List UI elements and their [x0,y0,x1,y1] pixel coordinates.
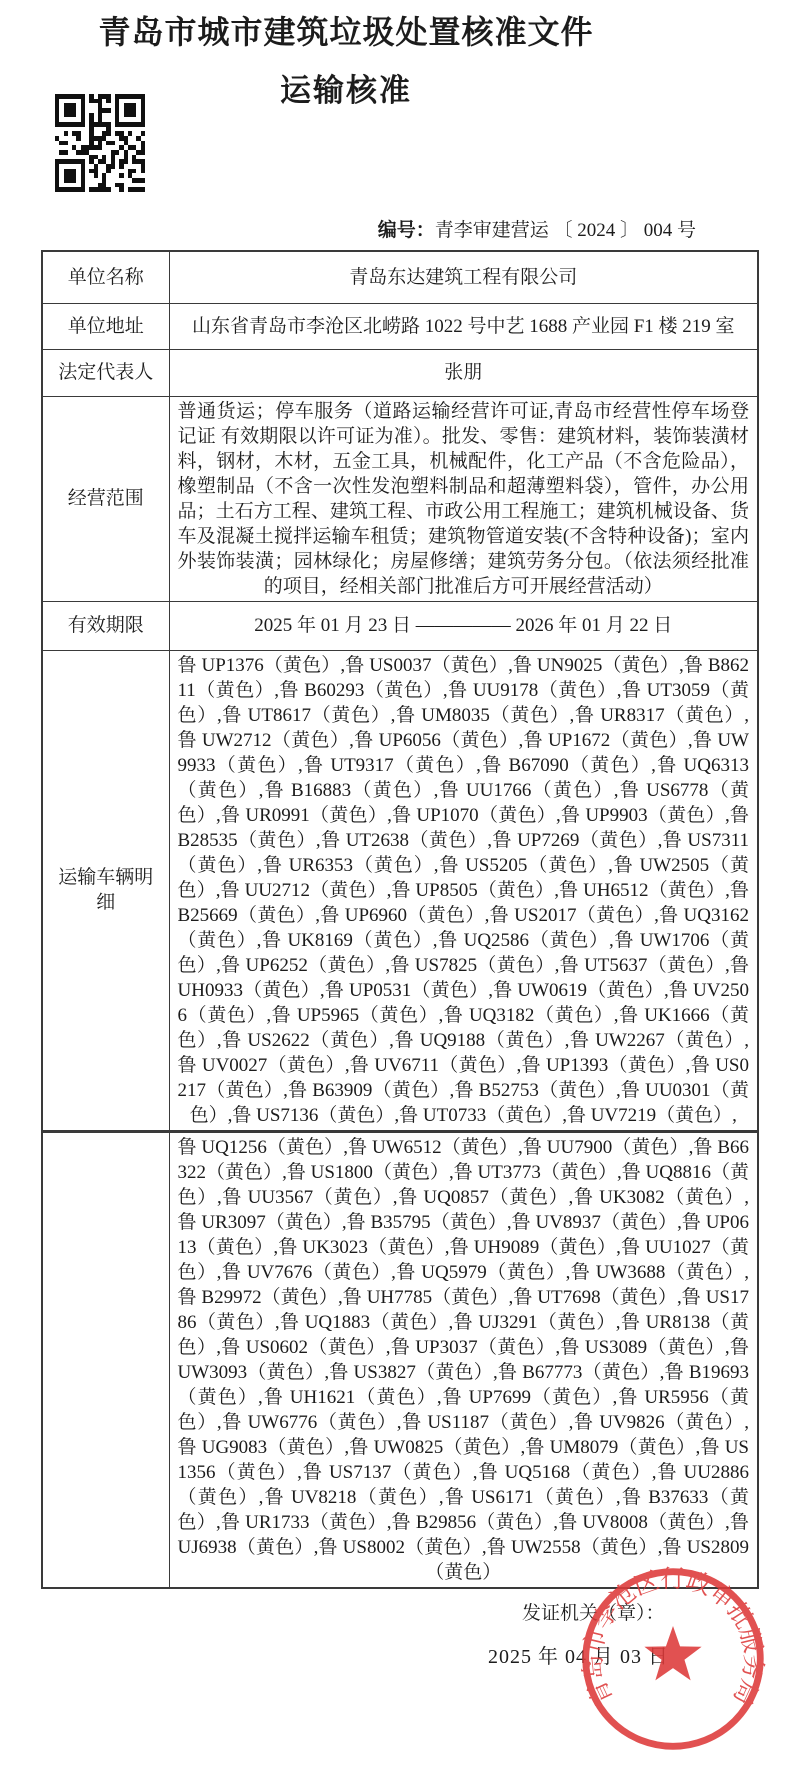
table-row: 法定代表人 张朋 [42,349,758,396]
table-row: 鲁 UQ1256（黄色）,鲁 UW6512（黄色）,鲁 UU7900（黄色）,鲁… [42,1131,758,1588]
doc-number-label: 编号： [378,220,435,241]
table-row: 有效期限 2025 年 01 月 23 日 ————— 2026 年 01 月 … [42,601,758,650]
page-title: 青岛市城市建筑垃圾处置核准文件 [0,10,692,54]
row-label-unit-address: 单位地址 [42,303,169,349]
row-value-vehicle-list-1: 鲁 UP1376（黄色）,鲁 US0037（黄色）,鲁 UN9025（黄色）,鲁… [169,650,758,1131]
row-label-unit-name: 单位名称 [42,251,169,303]
row-value-vehicle-list-2: 鲁 UQ1256（黄色）,鲁 UW6512（黄色）,鲁 UU7900（黄色）,鲁… [169,1131,758,1588]
doc-number: 编号：青李审建营运 〔 2024 〕 004 号 [0,215,696,242]
row-value-business-scope: 普通货运；停车服务（道路运输经营许可证,青岛市经营性停车场登记证 有效期限以许可… [169,396,758,601]
doc-number-value: 青李审建营运 〔 2024 〕 004 号 [435,220,696,241]
approval-document-page: 青岛市城市建筑垃圾处置核准文件 运输核准 编号：青李审建营运 〔 2024 〕 … [0,0,800,1770]
red-star-icon [644,1626,701,1680]
row-value-legal-rep: 张朋 [169,349,758,396]
table-row: 单位名称 青岛东达建筑工程有限公司 [42,251,758,303]
row-value-valid-period: 2025 年 01 月 23 日 ————— 2026 年 01 月 22 日 [169,601,758,650]
row-label-vehicle-list: 运输车辆明细 [42,650,169,1131]
qr-code-icon [55,94,145,192]
info-table: 单位名称 青岛东达建筑工程有限公司 单位地址 山东省青岛市李沧区北崂路 1022… [41,250,759,1589]
table-row: 运输车辆明细 鲁 UP1376（黄色）,鲁 US0037（黄色）,鲁 UN902… [42,650,758,1131]
table-row: 单位地址 山东省青岛市李沧区北崂路 1022 号中艺 1688 产业园 F1 楼… [42,303,758,349]
table-row: 经营范围 普通货运；停车服务（道路运输经营许可证,青岛市经营性停车场登记证 有效… [42,396,758,601]
row-label-valid-period: 有效期限 [42,601,169,650]
official-stamp: 青岛市李沧区行政审批服务局 [576,1562,770,1756]
row-value-unit-name: 青岛东达建筑工程有限公司 [169,251,758,303]
row-value-unit-address: 山东省青岛市李沧区北崂路 1022 号中艺 1688 产业园 F1 楼 219 … [169,303,758,349]
row-label-vehicle-list-cont [42,1131,169,1588]
row-label-legal-rep: 法定代表人 [42,349,169,396]
row-label-business-scope: 经营范围 [42,396,169,601]
